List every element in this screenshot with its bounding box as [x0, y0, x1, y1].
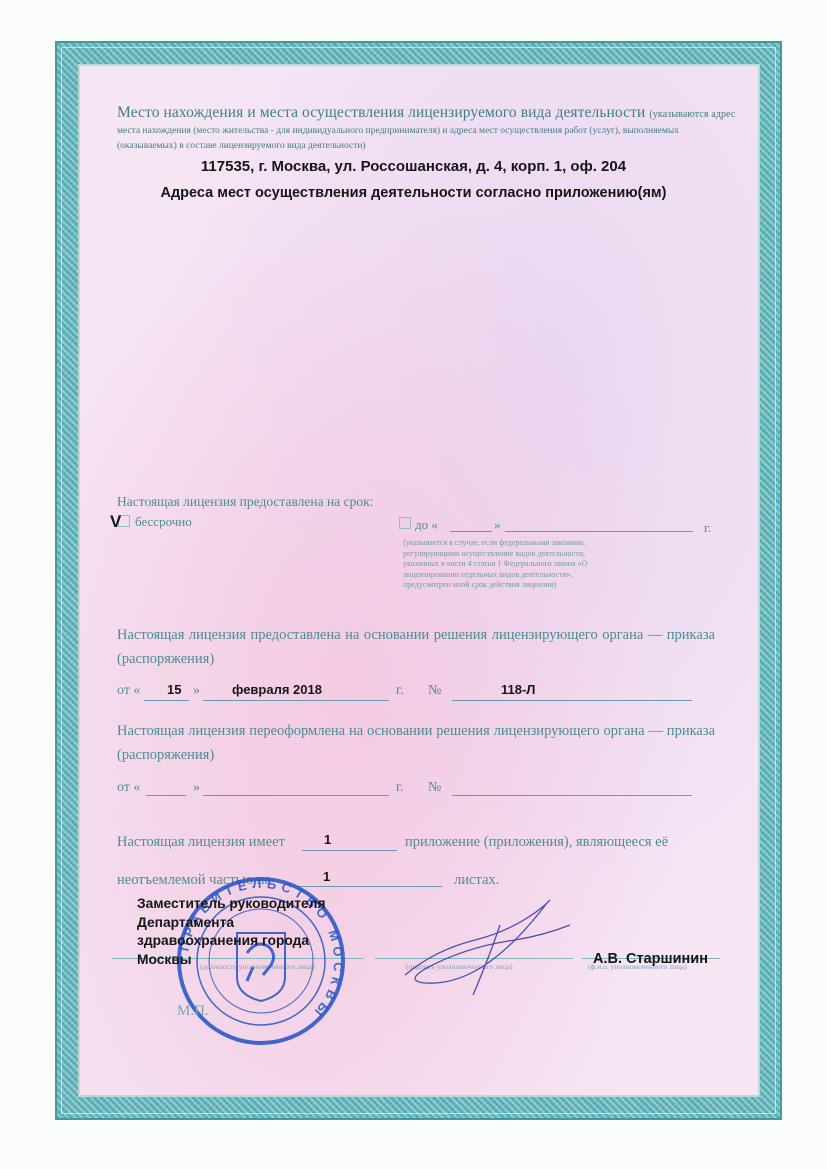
appendix-text-before: Настоящая лицензия имеет: [117, 834, 285, 851]
seal-label: М.П.: [177, 1003, 209, 1020]
reissued-basis-text: Настоящая лицензия переоформлена на осно…: [117, 719, 715, 767]
granted-month-year-value: февраля 2018: [232, 682, 322, 697]
option-until-prefix: до «: [415, 517, 438, 533]
signer-position: Заместитель руководителя Департамента зд…: [137, 895, 326, 969]
addresses-appendix-note: Адреса мест осуществления деятельности с…: [0, 185, 827, 201]
granted-from-label: от «: [117, 683, 140, 699]
reissued-number-field[interactable]: [452, 795, 692, 796]
granted-number-field[interactable]: [452, 700, 692, 701]
reissued-quote-close: »: [193, 780, 200, 796]
appendix-count-value: 1: [324, 832, 331, 847]
checkbox-until[interactable]: [399, 517, 411, 529]
signer-position-line-2: Департамента: [137, 914, 326, 933]
until-year-suffix: г.: [704, 520, 711, 536]
until-prefix: до «: [415, 517, 438, 532]
term-label: Настоящая лицензия предоставлена на срок…: [117, 494, 373, 510]
granted-day-field[interactable]: [144, 700, 189, 701]
location-heading-text: Место нахождения и места осуществления л…: [117, 104, 645, 121]
location-heading: Место нахождения и места осуществления л…: [117, 104, 735, 122]
signer-position-line-1: Заместитель руководителя: [137, 895, 326, 914]
reissued-month-field[interactable]: [203, 795, 389, 796]
check-mark-icon: V: [110, 512, 121, 532]
address-value: 117535, г. Москва, ул. Россошанская, д. …: [0, 158, 827, 175]
reissued-number-label: №: [428, 780, 441, 796]
appendix-text-after: приложение (приложения), являющееся её: [405, 834, 668, 851]
granted-day-value: 15: [167, 682, 181, 697]
reissued-year-suffix: г.: [396, 780, 404, 796]
reissued-day-field[interactable]: [146, 795, 186, 796]
appendix-count-field[interactable]: [302, 850, 397, 851]
until-day-field[interactable]: [450, 531, 492, 532]
until-date-field[interactable]: [505, 531, 693, 532]
location-heading-note-inline: (указываются адрес: [649, 109, 735, 120]
granted-number-label: №: [428, 683, 441, 699]
granted-month-field[interactable]: [203, 700, 389, 701]
granted-quote-close: »: [193, 683, 200, 699]
signer-position-line-4: Москвы: [137, 951, 326, 970]
granted-number-value: 118-Л: [501, 682, 535, 697]
option-unlimited-label: бессрочно: [135, 514, 192, 530]
signer-name: А.В. Старшинин: [593, 951, 708, 967]
granted-basis-text: Настоящая лицензия предоставлена на осно…: [117, 623, 715, 671]
signer-position-line-3: здравоохранения города: [137, 932, 326, 951]
location-heading-note: места нахождения (место жительства - для…: [117, 124, 732, 154]
until-quote-close: »: [494, 517, 501, 533]
appendix-sheets-suffix: листах.: [454, 872, 499, 889]
term-note: (указывается в случае, если федеральными…: [403, 538, 613, 591]
handwritten-signature: [395, 895, 575, 1000]
reissued-from-label: от «: [117, 780, 140, 796]
granted-year-suffix: г.: [396, 683, 404, 699]
